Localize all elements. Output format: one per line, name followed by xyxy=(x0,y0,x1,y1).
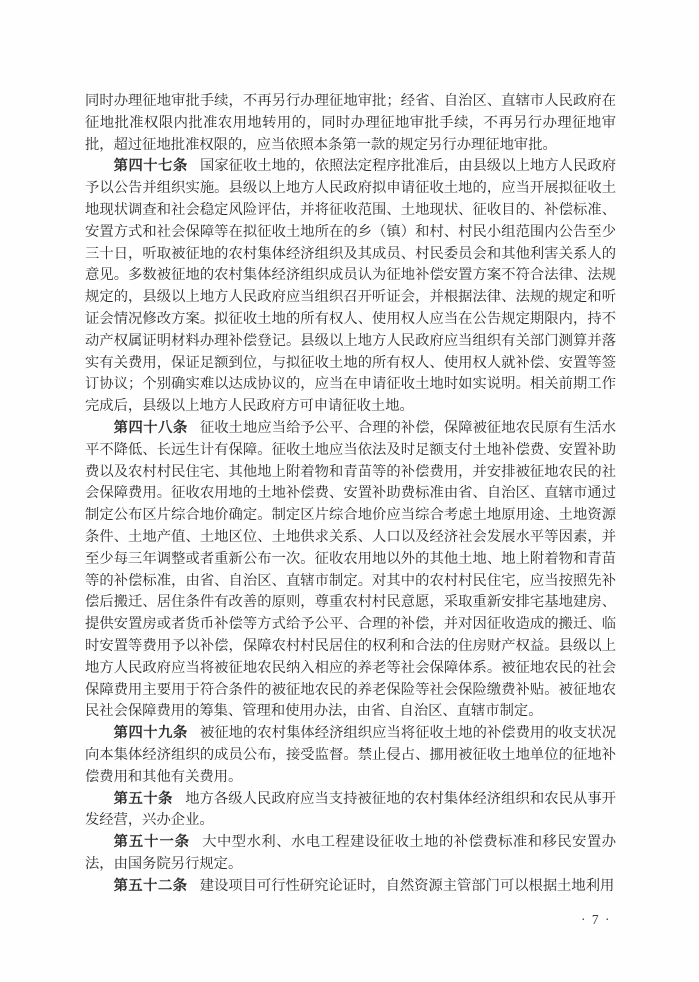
article-text-52: 建设项目可行性研究论证时，自然资源主管部门可以根据土地利用 xyxy=(200,878,615,894)
paragraph-article-47: 第四十七条国家征收土地的，依照法定程序批准后，由县级以上地方人民政府予以公告并组… xyxy=(85,156,616,418)
paragraph-article-52: 第五十二条建设项目可行性研究论证时，自然资源主管部门可以根据土地利用 xyxy=(85,876,616,898)
document-body: 同时办理征地审批手续，不再另行办理征地审批；经省、自治区、直辖市人民政府在征地批… xyxy=(85,91,616,897)
page-number: · 7 · xyxy=(561,912,631,928)
article-text-48: 征收土地应当给予公平、合理的补偿，保障被征地农民原有生活水平不降低、长远生计有保… xyxy=(85,420,616,719)
article-number-49: 第四十九条 xyxy=(114,725,188,741)
paragraph-text: 同时办理征地审批手续，不再另行办理征地审批；经省、自治区、直辖市人民政府在征地批… xyxy=(85,93,616,153)
paragraph-continuation: 同时办理征地审批手续，不再另行办理征地审批；经省、自治区、直辖市人民政府在征地批… xyxy=(85,91,616,156)
article-number-48: 第四十八条 xyxy=(114,420,188,436)
paragraph-article-49: 第四十九条被征地的农村集体经济组织应当将征收土地的补偿费用的收支状况向本集体经济… xyxy=(85,723,616,788)
article-number-47: 第四十七条 xyxy=(114,158,188,174)
document-page: 同时办理征地审批手续，不再另行办理征地审批；经省、自治区、直辖市人民政府在征地批… xyxy=(0,0,699,982)
paragraph-article-48: 第四十八条征收土地应当给予公平、合理的补偿，保障被征地农民原有生活水平不降低、长… xyxy=(85,418,616,723)
paragraph-article-51: 第五十一条大中型水利、水电工程建设征收土地的补偿费标准和移民安置办法，由国务院另… xyxy=(85,832,616,876)
article-number-52: 第五十二条 xyxy=(114,878,188,894)
article-number-50: 第五十条 xyxy=(114,791,173,807)
article-number-51: 第五十一条 xyxy=(114,834,190,850)
paragraph-article-50: 第五十条地方各级人民政府应当支持被征地的农村集体经济组织和农民从事开发经营，兴办… xyxy=(85,789,616,833)
article-text-47: 国家征收土地的，依照法定程序批准后，由县级以上地方人民政府予以公告并组织实施。县… xyxy=(85,158,616,414)
